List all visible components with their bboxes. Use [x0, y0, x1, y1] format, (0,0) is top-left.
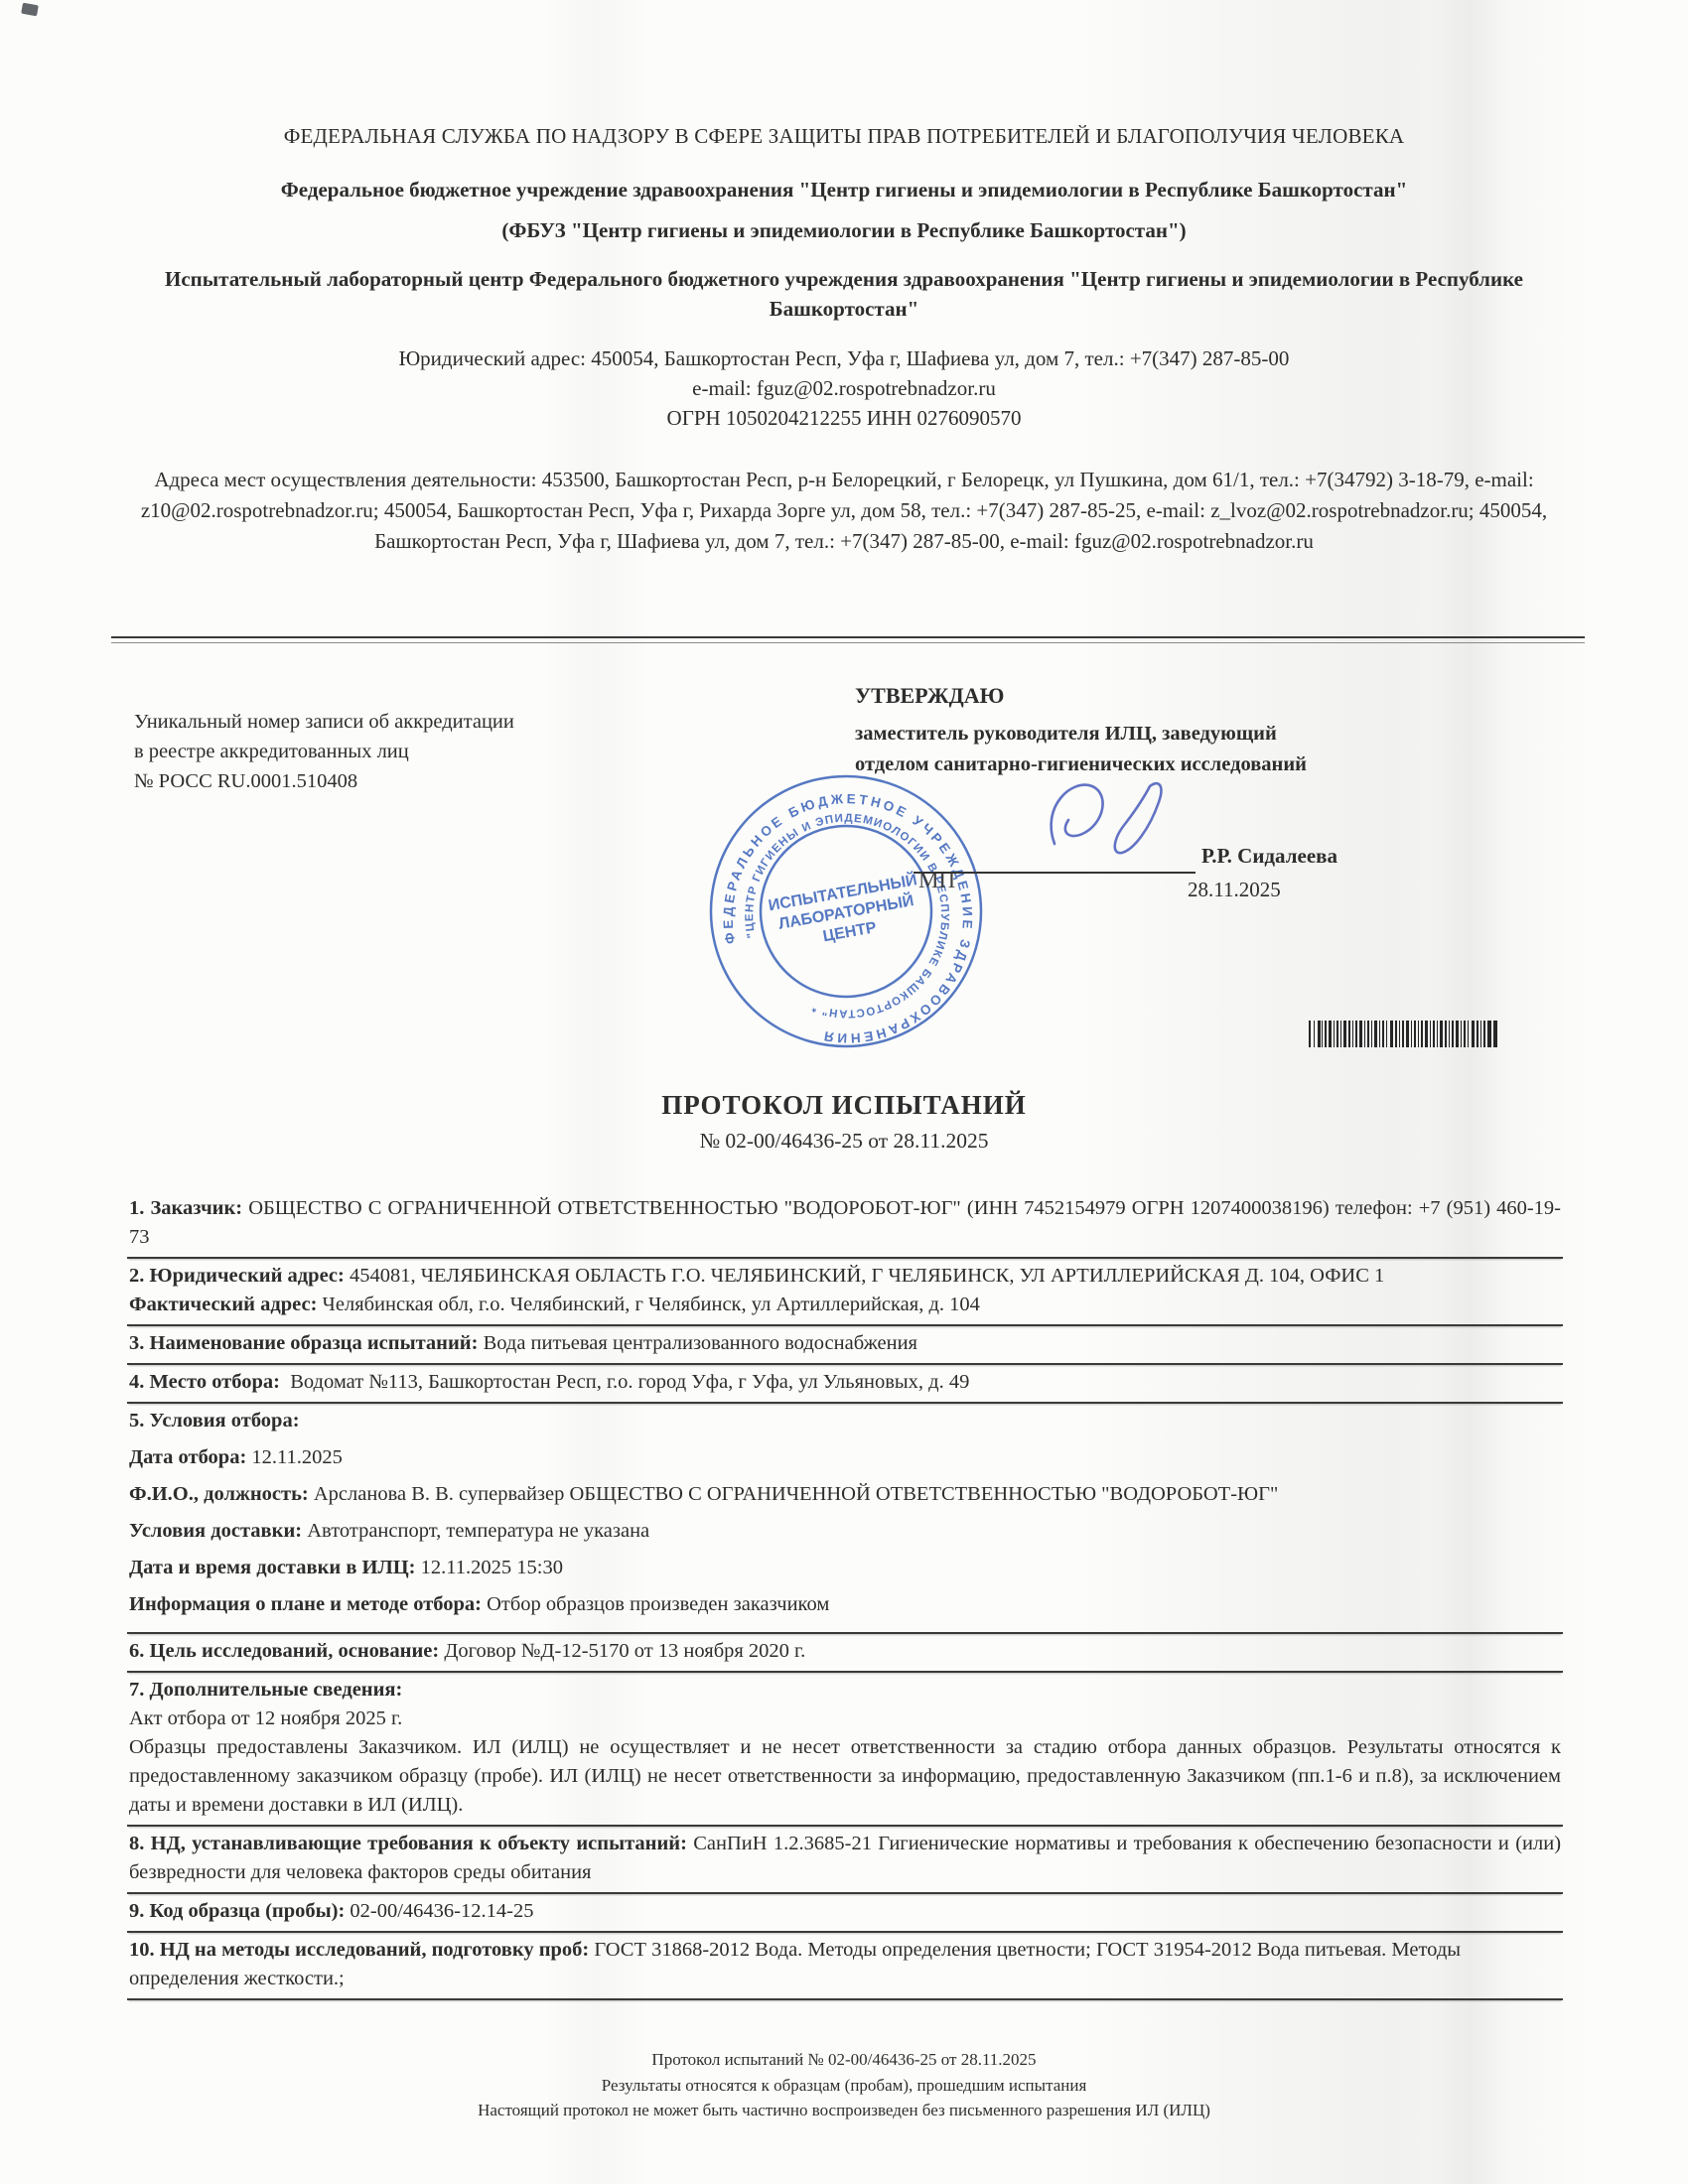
- accreditation-line: Уникальный номер записи об аккредитации: [134, 707, 514, 737]
- email-line: e-mail: fguz@02.rospotrebnadzor.ru: [0, 373, 1688, 403]
- section-methods-nd: 10. НД на методы исследований, подготовк…: [127, 1933, 1563, 2000]
- organization-name: Федеральное бюджетное учреждение здравоо…: [169, 175, 1519, 205]
- barcode: [1309, 1021, 1497, 1047]
- section-additional-info: 7. Дополнительные сведения: Акт отбора о…: [127, 1673, 1563, 1827]
- field-label: Информация о плане и методе отбора:: [129, 1593, 482, 1615]
- field-label: 8. НД, устанавливающие требования к объе…: [129, 1833, 687, 1854]
- section-customer: 1. Заказчик: ОБЩЕСТВО С ОГРАНИЧЕННОЙ ОТВ…: [127, 1191, 1563, 1259]
- field-value: 12.11.2025 15:30: [421, 1557, 563, 1578]
- section-sampling-place: 4. Место отбора: Водомат №113, Башкортос…: [127, 1365, 1563, 1404]
- signature-line: [914, 872, 1196, 874]
- section-purpose: 6. Цель исследований, основание: Договор…: [127, 1634, 1563, 1673]
- signature: [1033, 772, 1201, 882]
- field-label: 6. Цель исследований, основание:: [129, 1640, 439, 1662]
- field-value: Челябинская обл, г.о. Челябинский, г Чел…: [323, 1294, 980, 1315]
- field-value: 02-00/46436-12.14-25: [350, 1900, 533, 1922]
- field-label: 4. Место отбора:: [129, 1371, 280, 1393]
- field-value: Отбор образцов произведен заказчиком: [487, 1593, 829, 1615]
- field-value: 12.11.2025: [251, 1446, 343, 1468]
- field-label: 5. Условия отбора:: [129, 1410, 300, 1432]
- section-sample-code: 9. Код образца (пробы): 02-00/46436-12.1…: [127, 1894, 1563, 1933]
- activity-addresses: Адреса мест осуществления деятельности: …: [99, 465, 1589, 557]
- organization-short-name: (ФБУЗ "Центр гигиены и эпидемиологии в Р…: [0, 216, 1688, 244]
- ogrn-inn-line: ОГРН 1050204212255 ИНН 0276090570: [0, 403, 1688, 433]
- scanned-protocol-page: ФЕДЕРАЛЬНАЯ СЛУЖБА ПО НАДЗОРУ В СФЕРЕ ЗА…: [0, 0, 1688, 2184]
- field-label: Ф.И.О., должность:: [129, 1483, 309, 1505]
- approval-date: 28.11.2025: [1188, 878, 1281, 902]
- footer-results-note: Результаты относятся к образцам (пробам)…: [0, 2073, 1688, 2099]
- field-value: Водомат №113, Башкортостан Респ, г.о. го…: [290, 1371, 969, 1393]
- section-requirements-nd: 8. НД, устанавливающие требования к объе…: [127, 1827, 1563, 1894]
- accreditation-line: в реестре аккредитованных лиц: [134, 737, 514, 766]
- field-label: 1. Заказчик:: [129, 1197, 242, 1219]
- letterhead-divider: [111, 636, 1585, 643]
- field-label: 9. Код образца (пробы):: [129, 1900, 345, 1922]
- protocol-number: № 02-00/46436-25 от 28.11.2025: [0, 1129, 1688, 1154]
- protocol-title-block: ПРОТОКОЛ ИСПЫТАНИЙ № 02-00/46436-25 от 2…: [0, 1090, 1688, 1154]
- approval-zone: Уникальный номер записи об аккредитации …: [0, 655, 1688, 1112]
- field-value: Автотранспорт, температура не указана: [307, 1520, 649, 1542]
- round-stamp: ФЕДЕРАЛЬНОЕ БЮДЖЕТНОЕ УЧРЕЖДЕНИЕ ЗДРАВОО…: [693, 758, 999, 1064]
- field-value: Вода питьевая централизованного водоснаб…: [484, 1332, 917, 1354]
- section-legal-address: 2. Юридический адрес: 454081, ЧЕЛЯБИНСКА…: [127, 1259, 1563, 1326]
- protocol-title: ПРОТОКОЛ ИСПЫТАНИЙ: [0, 1090, 1688, 1121]
- field-value: Договор №Д-12-5170 от 13 ноября 2020 г.: [444, 1640, 805, 1662]
- field-label: 3. Наименование образца испытаний:: [129, 1332, 478, 1354]
- letterhead: ФЕДЕРАЛЬНАЯ СЛУЖБА ПО НАДЗОРУ В СФЕРЕ ЗА…: [0, 0, 1688, 557]
- page-footer: Протокол испытаний № 02-00/46436-25 от 2…: [0, 2047, 1688, 2123]
- accreditation-number: № РОСС RU.0001.510408: [134, 766, 514, 796]
- protocol-sections: 1. Заказчик: ОБЩЕСТВО С ОГРАНИЧЕННОЙ ОТВ…: [127, 1191, 1563, 2000]
- field-label: Фактический адрес:: [129, 1294, 317, 1315]
- testing-lab-center-name: Испытательный лабораторный центр Федерал…: [164, 264, 1524, 324]
- approval-title: УТВЕРЖДАЮ: [855, 683, 1004, 709]
- field-label: Дата и время доставки в ИЛЦ:: [129, 1557, 416, 1578]
- field-value: Акт отбора от 12 ноября 2025 г.: [129, 1705, 1561, 1733]
- field-label: 10. НД на методы исследований, подготовк…: [129, 1939, 589, 1961]
- federal-service-name: ФЕДЕРАЛЬНАЯ СЛУЖБА ПО НАДЗОРУ В СФЕРЕ ЗА…: [134, 121, 1554, 151]
- signature-svg: [1033, 772, 1201, 877]
- field-label: Дата отбора:: [129, 1446, 246, 1468]
- stamp-svg: ФЕДЕРАЛЬНОЕ БЮДЖЕТНОЕ УЧРЕЖДЕНИЕ ЗДРАВОО…: [693, 758, 999, 1064]
- field-label: 2. Юридический адрес:: [129, 1265, 345, 1287]
- section-sample-name: 3. Наименование образца испытаний: Вода …: [127, 1326, 1563, 1365]
- field-value: 454081, ЧЕЛЯБИНСКАЯ ОБЛАСТЬ Г.О. ЧЕЛЯБИН…: [350, 1265, 1384, 1287]
- field-value: ОБЩЕСТВО С ОГРАНИЧЕННОЙ ОТВЕТСТВЕННОСТЬЮ…: [129, 1197, 1561, 1248]
- footer-copy-note: Настоящий протокол не может быть частичн…: [0, 2098, 1688, 2123]
- section-sampling-conditions: 5. Условия отбора: Дата отбора: 12.11.20…: [127, 1404, 1563, 1634]
- accreditation-block: Уникальный номер записи об аккредитации …: [134, 707, 514, 796]
- field-value: Образцы предоставлены Заказчиком. ИЛ (ИЛ…: [129, 1733, 1561, 1820]
- footer-protocol-ref: Протокол испытаний № 02-00/46436-25 от 2…: [0, 2047, 1688, 2073]
- field-value: Арсланова В. В. супервайзер ОБЩЕСТВО С О…: [314, 1483, 1278, 1505]
- field-label: Условия доставки:: [129, 1520, 302, 1542]
- approver-name: Р.Р. Сидалеева: [1201, 844, 1337, 869]
- approver-role-line: заместитель руководителя ИЛЦ, заведующий: [855, 719, 1411, 750]
- legal-address: Юридический адрес: 450054, Башкортостан …: [0, 343, 1688, 373]
- field-label: 7. Дополнительные сведения:: [129, 1679, 402, 1701]
